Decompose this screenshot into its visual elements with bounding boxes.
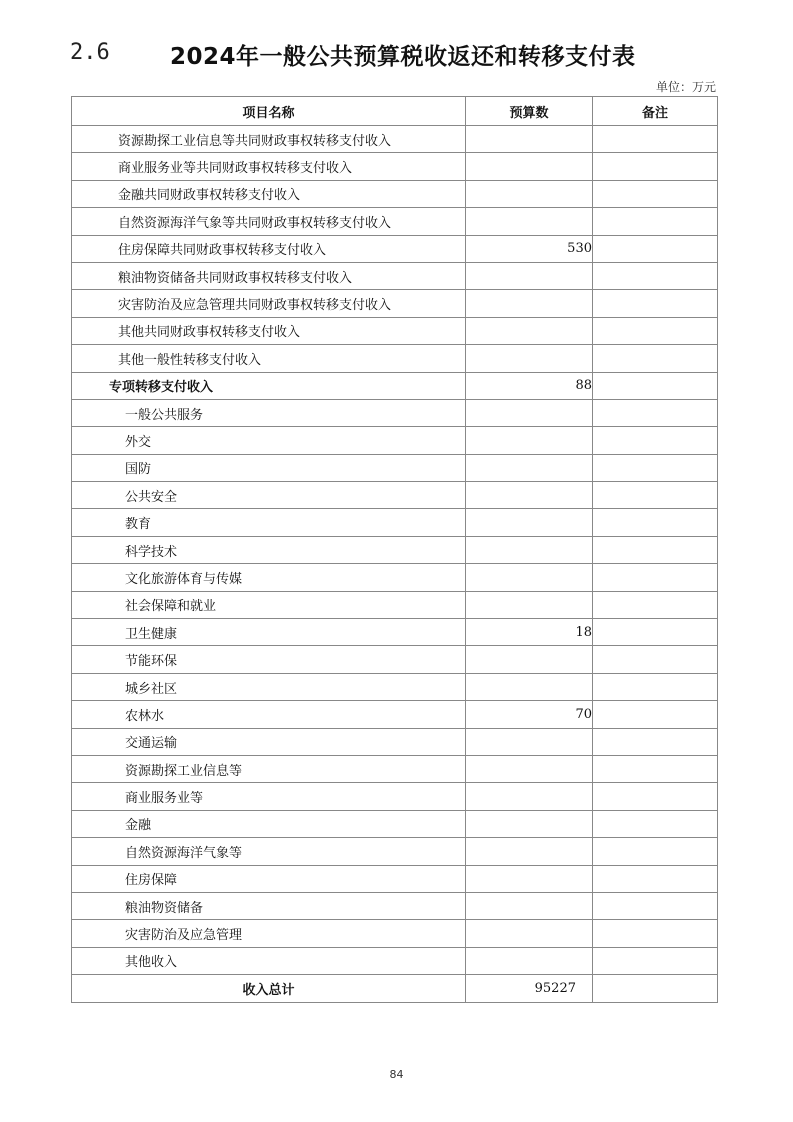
column-header-item-name: 项目名称	[72, 97, 466, 126]
budget-value-cell: 95227	[466, 975, 593, 1002]
item-name-cell: 交通运输	[72, 728, 466, 755]
note-cell	[593, 755, 718, 782]
budget-value-cell: 18	[466, 619, 593, 646]
budget-value-cell: 88	[466, 372, 593, 399]
note-cell	[593, 892, 718, 919]
table-row: 资源勘探工业信息等	[72, 755, 718, 782]
budget-value-cell	[466, 290, 593, 317]
note-cell	[593, 235, 718, 262]
note-cell	[593, 701, 718, 728]
budget-value-cell	[466, 454, 593, 481]
note-cell	[593, 427, 718, 454]
budget-value-cell	[466, 564, 593, 591]
column-header-note: 备注	[593, 97, 718, 126]
item-name-cell: 卫生健康	[72, 619, 466, 646]
budget-value-cell	[466, 509, 593, 536]
note-cell	[593, 208, 718, 235]
item-name-cell: 科学技术	[72, 536, 466, 563]
item-name-cell: 资源勘探工业信息等	[72, 755, 466, 782]
budget-value-cell	[466, 838, 593, 865]
table-row: 其他收入	[72, 947, 718, 974]
budget-value-cell	[466, 345, 593, 372]
item-name-cell: 收入总计	[72, 975, 466, 1002]
budget-value-cell	[466, 947, 593, 974]
table-row: 节能环保	[72, 646, 718, 673]
column-header-budget: 预算数	[466, 97, 593, 126]
table-row: 其他共同财政事权转移支付收入	[72, 317, 718, 344]
table-row: 卫生健康18	[72, 619, 718, 646]
note-cell	[593, 810, 718, 837]
note-cell	[593, 673, 718, 700]
table-header-row: 项目名称 预算数 备注	[72, 97, 718, 126]
note-cell	[593, 536, 718, 563]
table-row: 金融共同财政事权转移支付收入	[72, 180, 718, 207]
budget-value-cell	[466, 673, 593, 700]
unit-label: 单位：万元	[656, 78, 716, 95]
table-row: 商业服务业等共同财政事权转移支付收入	[72, 153, 718, 180]
total-row: 收入总计95227	[72, 975, 718, 1002]
item-name-cell: 粮油物资储备	[72, 892, 466, 919]
budget-value-cell	[466, 728, 593, 755]
note-cell	[593, 591, 718, 618]
item-name-cell: 其他共同财政事权转移支付收入	[72, 317, 466, 344]
table-row: 国防	[72, 454, 718, 481]
page-title: 2024年一般公共预算税收返还和转移支付表	[170, 38, 636, 71]
title-row: 2.6 2024年一般公共预算税收返还和转移支付表	[70, 38, 730, 78]
table-row: 其他一般性转移支付收入	[72, 345, 718, 372]
budget-value-cell	[466, 810, 593, 837]
note-cell	[593, 454, 718, 481]
table-row: 公共安全	[72, 482, 718, 509]
note-cell	[593, 126, 718, 153]
note-cell	[593, 619, 718, 646]
item-name-cell: 一般公共服务	[72, 399, 466, 426]
note-cell	[593, 975, 718, 1002]
table-row: 住房保障	[72, 865, 718, 892]
table-row: 外交	[72, 427, 718, 454]
note-cell	[593, 317, 718, 344]
table-row: 灾害防治及应急管理	[72, 920, 718, 947]
item-name-cell: 自然资源海洋气象等共同财政事权转移支付收入	[72, 208, 466, 235]
item-name-cell: 住房保障共同财政事权转移支付收入	[72, 235, 466, 262]
item-name-cell: 自然资源海洋气象等	[72, 838, 466, 865]
note-cell	[593, 564, 718, 591]
item-name-cell: 国防	[72, 454, 466, 481]
budget-value-cell	[466, 920, 593, 947]
table-row: 资源勘探工业信息等共同财政事权转移支付收入	[72, 126, 718, 153]
note-cell	[593, 838, 718, 865]
budget-value-cell	[466, 892, 593, 919]
item-name-cell: 其他一般性转移支付收入	[72, 345, 466, 372]
note-cell	[593, 399, 718, 426]
budget-table: 项目名称 预算数 备注 资源勘探工业信息等共同财政事权转移支付收入商业服务业等共…	[71, 96, 718, 1003]
item-name-cell: 教育	[72, 509, 466, 536]
table-row: 自然资源海洋气象等	[72, 838, 718, 865]
table-row: 城乡社区	[72, 673, 718, 700]
item-name-cell: 商业服务业等共同财政事权转移支付收入	[72, 153, 466, 180]
table-row: 自然资源海洋气象等共同财政事权转移支付收入	[72, 208, 718, 235]
note-cell	[593, 290, 718, 317]
budget-value-cell	[466, 153, 593, 180]
note-cell	[593, 372, 718, 399]
note-cell	[593, 947, 718, 974]
item-name-cell: 其他收入	[72, 947, 466, 974]
budget-value-cell	[466, 399, 593, 426]
table-row: 专项转移支付收入88	[72, 372, 718, 399]
item-name-cell: 粮油物资储备共同财政事权转移支付收入	[72, 262, 466, 289]
table-row: 社会保障和就业	[72, 591, 718, 618]
budget-value-cell	[466, 865, 593, 892]
item-name-cell: 公共安全	[72, 482, 466, 509]
page-number: 84	[0, 1068, 793, 1081]
table-row: 金融	[72, 810, 718, 837]
section-number: 2.6	[70, 40, 110, 65]
note-cell	[593, 728, 718, 755]
budget-value-cell	[466, 536, 593, 563]
item-name-cell: 灾害防治及应急管理	[72, 920, 466, 947]
note-cell	[593, 482, 718, 509]
item-name-cell: 灾害防治及应急管理共同财政事权转移支付收入	[72, 290, 466, 317]
item-name-cell: 文化旅游体育与传媒	[72, 564, 466, 591]
table-body: 资源勘探工业信息等共同财政事权转移支付收入商业服务业等共同财政事权转移支付收入金…	[72, 126, 718, 1003]
table-row: 农林水70	[72, 701, 718, 728]
table-row: 住房保障共同财政事权转移支付收入530	[72, 235, 718, 262]
budget-value-cell	[466, 180, 593, 207]
budget-value-cell	[466, 317, 593, 344]
note-cell	[593, 153, 718, 180]
table-row: 粮油物资储备共同财政事权转移支付收入	[72, 262, 718, 289]
table-row: 文化旅游体育与传媒	[72, 564, 718, 591]
note-cell	[593, 345, 718, 372]
item-name-cell: 节能环保	[72, 646, 466, 673]
note-cell	[593, 783, 718, 810]
table-row: 粮油物资储备	[72, 892, 718, 919]
table-row: 商业服务业等	[72, 783, 718, 810]
item-name-cell: 商业服务业等	[72, 783, 466, 810]
note-cell	[593, 262, 718, 289]
table-row: 灾害防治及应急管理共同财政事权转移支付收入	[72, 290, 718, 317]
item-name-cell: 金融共同财政事权转移支付收入	[72, 180, 466, 207]
budget-value-cell: 530	[466, 235, 593, 262]
table-row: 科学技术	[72, 536, 718, 563]
budget-value-cell	[466, 427, 593, 454]
budget-value-cell	[466, 126, 593, 153]
item-name-cell: 金融	[72, 810, 466, 837]
budget-value-cell	[466, 646, 593, 673]
item-name-cell: 资源勘探工业信息等共同财政事权转移支付收入	[72, 126, 466, 153]
table-row: 交通运输	[72, 728, 718, 755]
item-name-cell: 外交	[72, 427, 466, 454]
table-row: 教育	[72, 509, 718, 536]
note-cell	[593, 920, 718, 947]
budget-value-cell	[466, 482, 593, 509]
item-name-cell: 城乡社区	[72, 673, 466, 700]
budget-value-cell	[466, 755, 593, 782]
table-row: 一般公共服务	[72, 399, 718, 426]
item-name-cell: 社会保障和就业	[72, 591, 466, 618]
note-cell	[593, 509, 718, 536]
note-cell	[593, 865, 718, 892]
item-name-cell: 住房保障	[72, 865, 466, 892]
item-name-cell: 专项转移支付收入	[72, 372, 466, 399]
budget-value-cell	[466, 591, 593, 618]
budget-value-cell	[466, 783, 593, 810]
item-name-cell: 农林水	[72, 701, 466, 728]
budget-value-cell: 70	[466, 701, 593, 728]
budget-value-cell	[466, 262, 593, 289]
note-cell	[593, 180, 718, 207]
note-cell	[593, 646, 718, 673]
budget-value-cell	[466, 208, 593, 235]
